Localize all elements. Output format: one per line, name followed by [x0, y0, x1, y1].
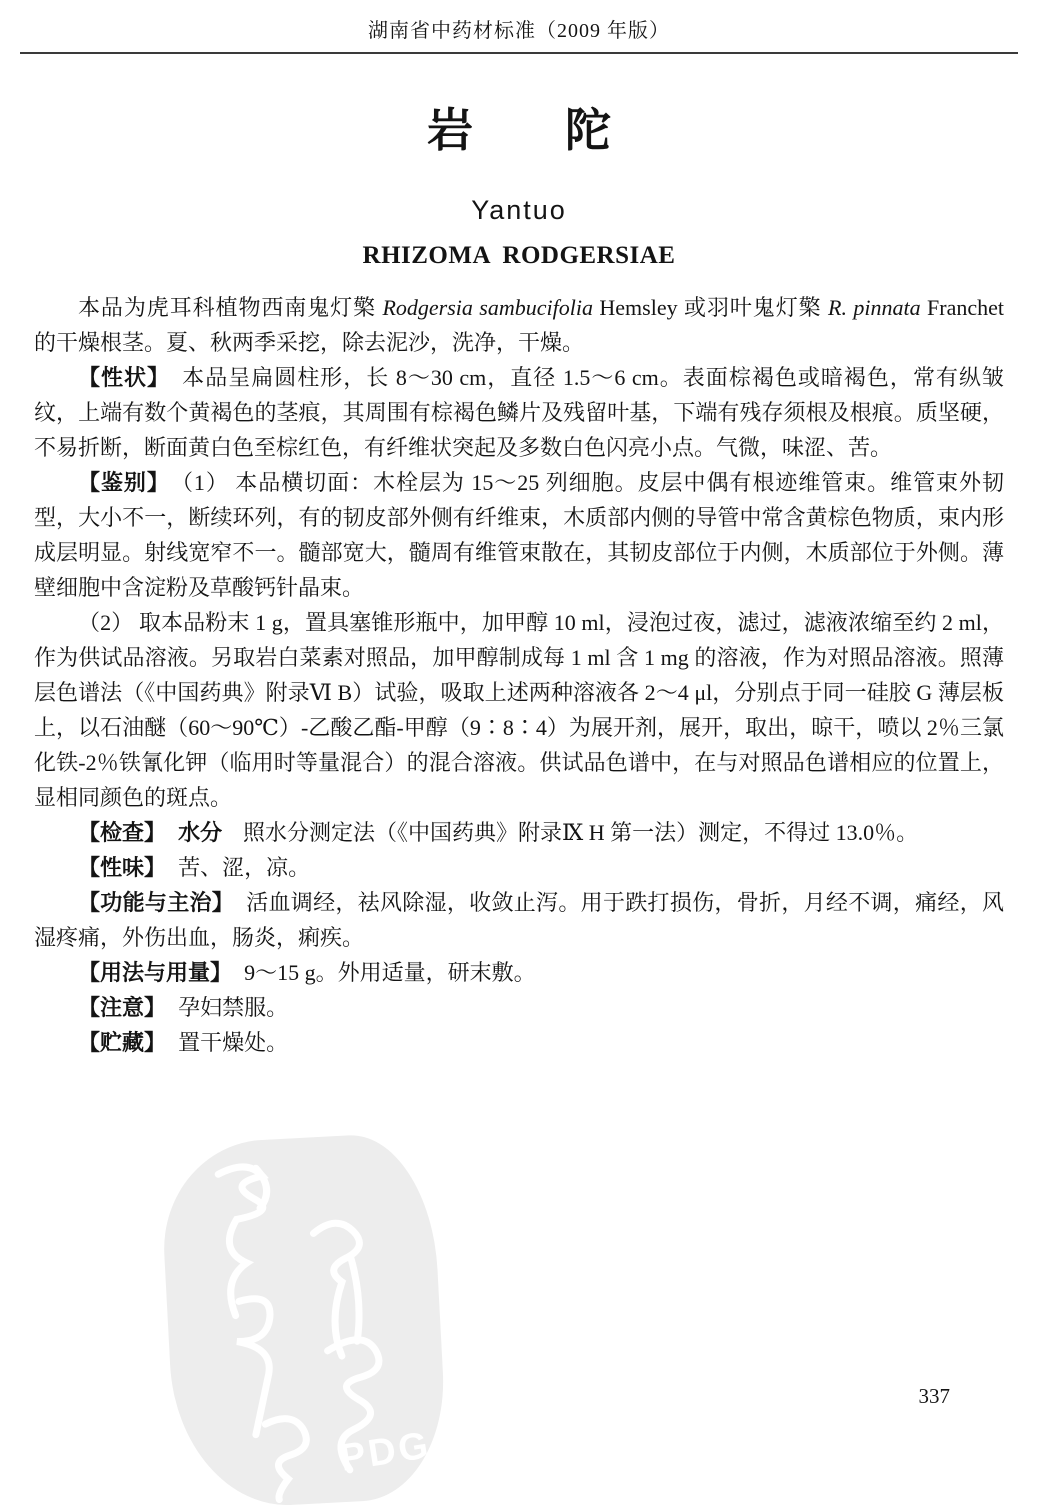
intro-seg1: 本品为虎耳科植物西南鬼灯檠	[78, 295, 382, 320]
section-text-xingzhuang: 本品呈扁圆柱形，长 8～30 cm，直径 1.5～6 cm。表面棕褐色或暗褐色，…	[34, 365, 1004, 460]
section-label-jianbie: 【鉴别】	[78, 470, 170, 495]
drug-title-chinese: 岩 陀	[0, 106, 1038, 157]
section-gongneng: 【功能与主治】活血调经，祛风除湿，收敛止泻。用于跌打损伤，骨折，月经不调，痛经，…	[34, 885, 1004, 955]
section-jianbie-item1: 【鉴别】（1） 本品横切面：木栓层为 15～25 列细胞。皮层中偶有根迹维管束。…	[34, 465, 1004, 605]
section-label-xingzhuang: 【性状】	[78, 365, 170, 390]
running-header: 湖南省中药材标准（2009 年版）	[0, 0, 1038, 43]
section-jiancha: 【检查】水分照水分测定法（《中国药典》附录Ⅸ H 第一法）测定，不得过 13.0…	[34, 815, 1004, 850]
section-text-yongfa: 9～15 g。外用适量，研末敷。	[244, 960, 536, 985]
section-text-jianbie-2: （2） 取本品粉末 1 g，置具塞锥形瓶中，加甲醇 10 ml，浸泡过夜，滤过，…	[34, 610, 1004, 810]
section-zhuyi: 【注意】孕妇禁服。	[34, 990, 1004, 1025]
species-name-italic-2: R. pinnata	[828, 295, 921, 320]
section-jianbie-item2: （2） 取本品粉末 1 g，置具塞锥形瓶中，加甲醇 10 ml，浸泡过夜，滤过，…	[34, 605, 1004, 815]
section-text-jianbie-1: （1） 本品横切面：木栓层为 15～25 列细胞。皮层中偶有根迹维管束。维管束外…	[34, 470, 1004, 600]
section-label-xingwei: 【性味】	[78, 855, 166, 880]
section-label-zhucang: 【贮藏】	[78, 1030, 166, 1055]
drug-title-latin: RHIZOMA RODGERSIAE	[0, 242, 1038, 270]
drug-title-pinyin: Yantuo	[0, 195, 1038, 226]
header-rule	[20, 52, 1018, 54]
intro-seg3: Hemsley 或羽叶鬼灯檠	[593, 295, 828, 320]
section-xingwei: 【性味】苦、涩，凉。	[34, 850, 1004, 885]
document-page: 湖南省中药材标准（2009 年版） 岩 陀 Yantuo RHIZOMA ROD…	[0, 0, 1038, 1505]
page-number: 337	[919, 1384, 951, 1409]
section-label-gongneng: 【功能与主治】	[78, 890, 234, 915]
species-name-italic: Rodgersia sambucifolia	[382, 295, 593, 320]
section-xingzhuang: 【性状】本品呈扁圆柱形，长 8～30 cm，直径 1.5～6 cm。表面棕褐色或…	[34, 360, 1004, 465]
section-yongfa: 【用法与用量】9～15 g。外用适量，研末敷。	[34, 955, 1004, 990]
section-text-xingwei: 苦、涩，凉。	[178, 855, 310, 880]
body-text: 本品为虎耳科植物西南鬼灯檠 Rodgersia sambucifolia Hem…	[34, 290, 1004, 1060]
section-label-jiancha: 【检查】	[78, 820, 166, 845]
section-label-zhuyi: 【注意】	[78, 995, 166, 1020]
section-zhucang: 【贮藏】置干燥处。	[34, 1025, 1004, 1060]
intro-paragraph: 本品为虎耳科植物西南鬼灯檠 Rodgersia sambucifolia Hem…	[34, 290, 1004, 360]
section-text-jiancha: 照水分测定法（《中国药典》附录Ⅸ H 第一法）测定，不得过 13.0％。	[243, 820, 918, 845]
seal-watermark: PDG	[159, 1131, 450, 1505]
section-text-zhucang: 置干燥处。	[178, 1030, 288, 1055]
section-sublabel-shuifen: 水分	[178, 820, 222, 845]
section-label-yongfa: 【用法与用量】	[78, 960, 232, 985]
section-text-zhuyi: 孕妇禁服。	[178, 995, 288, 1020]
